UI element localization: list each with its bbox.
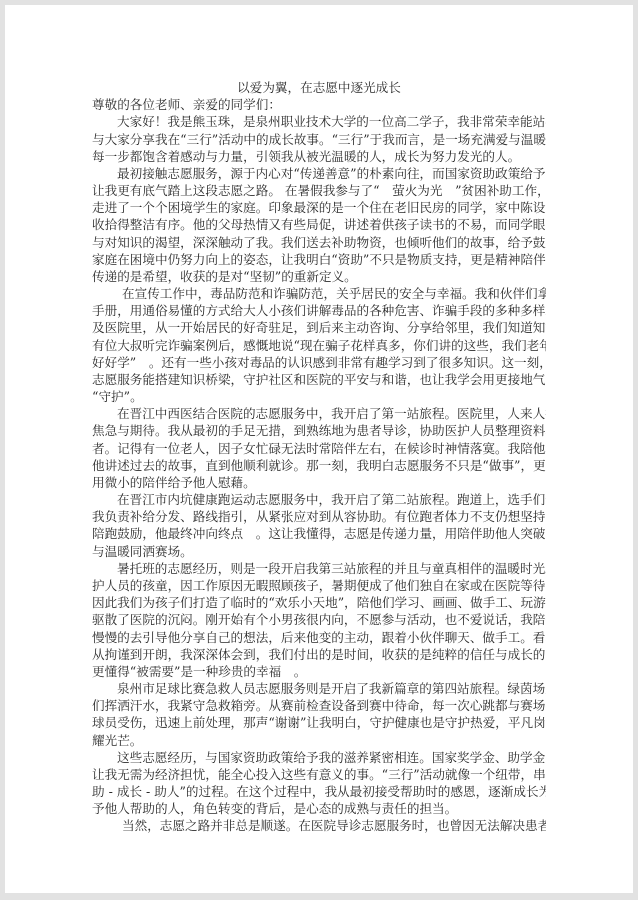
paragraph-summer-class: 暑托班的志愿经历，则是一段开启我第三站旅程的并且与童真相伴的温暖时光。那些医 护… (92, 560, 546, 680)
paragraph-hospital: 在晋江中西医结合医院的志愿服务中，我开启了第一站旅程。医院里，人来人往，满是 焦… (92, 405, 546, 491)
paragraph-line: 予他人帮助的人，角色转变的背后，是心态的成熟与责任的担当。 (92, 800, 546, 817)
paragraph-line: 在晋江中西医结合医院的志愿服务中，我开启了第一站旅程。医院里，人来人往，满是 (92, 405, 546, 422)
paragraph-line: 从拘谨到开朗，我深深体会到，我们付出的是时间，收获的是纯粹的信任与成长的喜悦，也 (92, 646, 546, 663)
paragraph-line: 最初接触志愿服务，源于内心对“传递善意”的朴素向往，而国家资助政策给予我的支持， (92, 165, 546, 182)
paragraph-line: 在晋江市内坑健康跑运动志愿服务中，我开启了第二站旅程。跑道上，选手们步伐坚定。 (92, 491, 546, 508)
paragraph-line: 与对知识的渴望，深深触动了我。我们送去补助物资，也倾听他们的故事，给予鼓励。这些 (92, 234, 546, 251)
paragraph-line: 好好学” 。还有一些小孩对毒品的认识感到非常有趣学习到了很多知识。这一刻，我懂得 (92, 354, 546, 371)
paragraph-running: 在晋江市内坑健康跑运动志愿服务中，我开启了第二站旅程。跑道上，选手们步伐坚定。 … (92, 491, 546, 560)
paragraph-line: 因此我们为孩子们打造了临时的“欢乐小天地”，陪他们学习、画画、做手工、玩游戏，笑… (92, 594, 546, 611)
paragraph-line: 每一步都饱含着感动与力量，引领我从被光温暖的人，成长为努力发光的人。 (92, 148, 546, 165)
paragraph-line: 让我更有底气踏上这段志愿之路。 在暑假我参与了“ 萤火为光 ”贫困补助工作，让我 (92, 182, 546, 199)
paragraph-line: 手册，用通俗易懂的方式给大人小孩们讲解毒品的各种危害、诈骗手段的多种多样。在社区 (92, 302, 546, 319)
paragraph-first-contact: 最初接触志愿服务，源于内心对“传递善意”的朴素向往，而国家资助政策给予我的支持，… (92, 165, 546, 285)
paragraph-line: 收拾得整洁有序。他的父母热情又有些局促，讲述着供孩子读书的不易，而同学眼中的坚定 (92, 216, 546, 233)
paragraph-line: 他讲述过去的故事，直到他顺利就诊。那一刻，我明白志愿服务不只是“做事”，更是“共… (92, 457, 546, 474)
paragraph-line: 耀光芒。 (92, 732, 546, 749)
paragraph-line: 泉州市足球比赛急救人员志愿服务则是开启了我新篇章的第四站旅程。绿茵场上，球员 (92, 680, 546, 697)
paragraph-line: 者。记得有一位老人，因子女忙碌无法时常陪伴左右，在候诊时神情落寞。我陪他聊天，听 (92, 440, 546, 457)
paragraph-line: 助 - 成长 - 助人”的过程。在这个过程中，我从最初接受帮助时的感恩，逐渐成长… (92, 783, 546, 800)
paragraph-line: 我负责补给分发、路线指引，从紧张应对到从容协助。有位跑者体力不支仍想坚持，我递水 (92, 508, 546, 525)
paragraph-line: 大家好！我是熊玉珠，是泉州职业技术大学的一位高二学子，我非常荣幸能站在这里， (92, 113, 546, 130)
document-page: 以爱为翼，在志愿中逐光成长 尊敬的各位老师、亲爱的同学们： 大家好！我是熊玉珠，… (5, 5, 633, 893)
paragraph-line: 走进了一个个困境学生的家庭。印象最深的是一个住在老旧民房的同学，家中陈设简单，却 (92, 199, 546, 216)
paragraph-funding: 这些志愿经历，与国家资助政策给予我的滋养紧密相连。国家奖学金、助学金的支持， 让… (92, 749, 546, 818)
paragraph-line: 这些志愿经历，与国家资助政策给予我的滋养紧密相连。国家奖学金、助学金的支持， (92, 749, 546, 766)
paragraph-line: 驱散了医院的沉闷。刚开始有个小男孩很内向，不愿参与活动，也不爱说话，我陪他聊天， (92, 611, 546, 628)
paragraph-line: 有位大叔听完诈骗案例后，感慨地说“现在骗子花样真多，你们讲的这些，我们老年人真得 (92, 337, 546, 354)
paragraph-line: 及医院里，从一开始居民的好奇驻足，到后来主动咨询、分享给邻里，我们知道知识在传递… (92, 319, 546, 336)
paragraph-intro: 大家好！我是熊玉珠，是泉州职业技术大学的一位高二学子，我非常荣幸能站在这里， 与… (92, 113, 546, 165)
paragraph-line: 慢慢的去引导他分享自己的想法，后来他变的主动，跟着小伙伴聊天、做手工。看着孩子们 (92, 629, 546, 646)
paragraph-line: “守护”。 (92, 388, 546, 405)
paragraph-line: 陪跑鼓励，他最终冲向终点 。这让我懂得，志愿是传递力量，用陪伴助他人突破，让汗水 (92, 525, 546, 542)
paragraph-publicity: 在宣传工作中，毒品防范和诈骗防范，关乎居民的安全与幸福。我和伙伴们拿着宣传 手册… (92, 285, 546, 405)
paragraph-line: 更懂得“被需要”是一种珍贵的幸福 。 (92, 663, 546, 680)
paragraph-line: 在宣传工作中，毒品防范和诈骗防范，关乎居民的安全与幸福。我和伙伴们拿着宣传 (92, 285, 546, 302)
paragraph-line: 让我无需为经济担忧，能全心投入这些有意义的事。“三行”活动就像一个纽带，串联起“… (92, 766, 546, 783)
paragraph-line: 球员受伤，迅速上前处理，那声“谢谢”让我明白，守护健康也是守护热爱，平凡岗位亦闪 (92, 714, 546, 731)
paragraph-line: 家庭在困境中仍努力向上的姿态，让我明白“资助”不只是物质支持，更是精神陪伴，我们 (92, 251, 546, 268)
document-title: 以爱为翼，在志愿中逐光成长 (92, 79, 546, 96)
paragraph-challenges: 当然，志愿之路并非总是顺遂。在医院导诊志愿服务时，也曾因无法解决患者的复杂 (92, 817, 546, 834)
paragraph-line: 志愿服务能搭建知识桥梁，守护社区和医院的平安与和谐，也让我学会用更接地气的方式去 (92, 371, 546, 388)
salutation: 尊敬的各位老师、亲爱的同学们： (92, 96, 546, 113)
paragraph-line: 与温暖同洒赛场。 (92, 543, 546, 560)
paragraph-line: 当然，志愿之路并非总是顺遂。在医院导诊志愿服务时，也曾因无法解决患者的复杂 (92, 817, 546, 834)
paragraph-line: 暑托班的志愿经历，则是一段开启我第三站旅程的并且与童真相伴的温暖时光。那些医 (92, 560, 546, 577)
paragraph-line: 传递的是希望，收获的是对“坚韧”的重新定义。 (92, 268, 546, 285)
document-body: 以爱为翼，在志愿中逐光成长 尊敬的各位老师、亲爱的同学们： 大家好！我是熊玉珠，… (92, 79, 546, 835)
paragraph-line: 焦急与期待。我从最初的手足无措，到熟练地为患者导诊，协助医护人员整理资料、陪伴患 (92, 422, 546, 439)
paragraph-line: 护人员的孩童，因工作原因无暇照顾孩子，暑期便成了他们独自在家或在医院等待的日子。 (92, 577, 546, 594)
paragraph-line: 与大家分享我在“三行”活动中的成长故事。“三行”于我而言，是一场充满爱与温暖的旅… (92, 131, 546, 148)
paragraph-line: 用微小的陪伴给予他人慰藉。 (92, 474, 546, 491)
paragraph-football: 泉州市足球比赛急救人员志愿服务则是开启了我新篇章的第四站旅程。绿茵场上，球员 们… (92, 680, 546, 749)
paragraph-line: 们挥洒汗水，我紧守急救箱旁。从赛前检查设备到赛中待命，每一次心跳都与赛场同频。当 (92, 697, 546, 714)
